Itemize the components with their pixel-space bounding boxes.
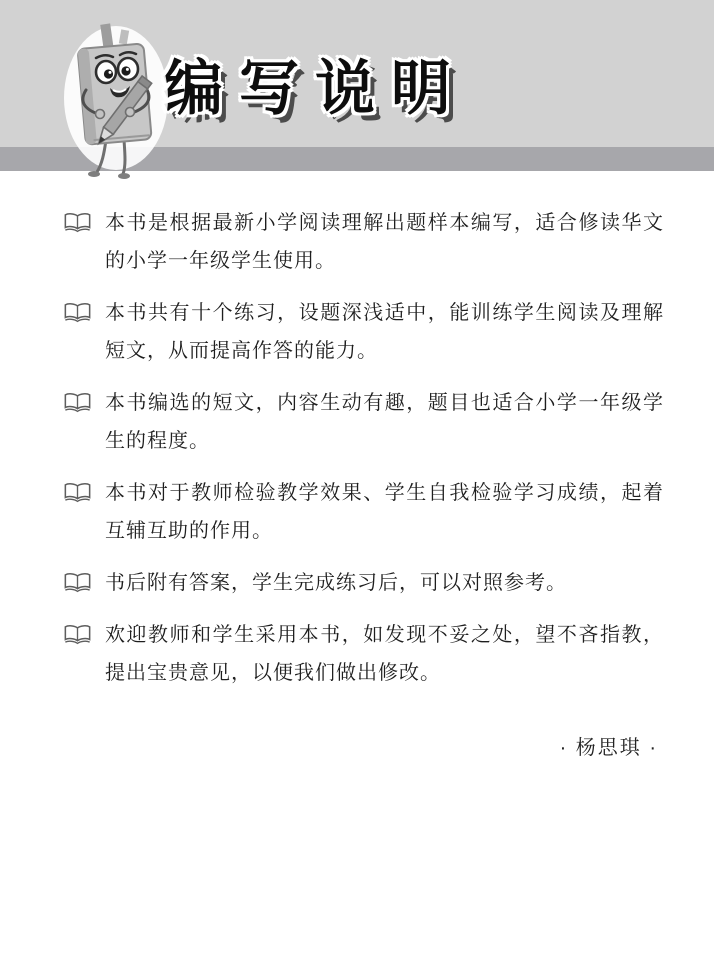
note-item: 书后附有答案，学生完成练习后，可以对照参考。 bbox=[64, 563, 664, 601]
note-item: 本书是根据最新小学阅读理解出题样本编写，适合修读华文的小学一年级学生使用。 bbox=[64, 203, 664, 279]
notes-section: 本书是根据最新小学阅读理解出题样本编写，适合修读华文的小学一年级学生使用。 本书… bbox=[0, 171, 714, 760]
note-item: 本书共有十个练习，设题深浅适中，能训练学生阅读及理解短文，从而提高作答的能力。 bbox=[64, 293, 664, 369]
book-mascot-icon bbox=[60, 18, 172, 180]
note-text: 欢迎教师和学生采用本书，如发现不妥之处，望不吝指教，提出宝贵意见，以便我们做出修… bbox=[105, 615, 664, 691]
page-title: 编写说明 bbox=[163, 56, 467, 122]
book-page: 编写说明 本书是根据最新小学阅读理解出题样本编写，适合修读华文的小学一年级学生使… bbox=[0, 0, 714, 968]
note-text: 书后附有答案，学生完成练习后，可以对照参考。 bbox=[105, 563, 664, 601]
open-book-icon bbox=[64, 302, 91, 327]
note-text: 本书共有十个练习，设题深浅适中，能训练学生阅读及理解短文，从而提高作答的能力。 bbox=[105, 293, 664, 369]
open-book-icon bbox=[64, 482, 91, 507]
note-text: 本书编选的短文，内容生动有趣，题目也适合小学一年级学生的程度。 bbox=[105, 383, 664, 459]
note-text: 本书是根据最新小学阅读理解出题样本编写，适合修读华文的小学一年级学生使用。 bbox=[105, 203, 664, 279]
note-item: 本书对于教师检验教学效果、学生自我检验学习成绩，起着互辅互助的作用。 bbox=[64, 473, 664, 549]
note-item: 本书编选的短文，内容生动有趣，题目也适合小学一年级学生的程度。 bbox=[64, 383, 664, 459]
header-banner: 编写说明 bbox=[0, 0, 714, 171]
open-book-icon bbox=[64, 572, 91, 597]
notes-list: 本书是根据最新小学阅读理解出题样本编写，适合修读华文的小学一年级学生使用。 本书… bbox=[64, 203, 664, 691]
author-signature: · 杨思琪 · bbox=[64, 731, 664, 760]
open-book-icon bbox=[64, 392, 91, 417]
open-book-icon bbox=[64, 212, 91, 237]
note-text: 本书对于教师检验教学效果、学生自我检验学习成绩，起着互辅互助的作用。 bbox=[105, 473, 664, 549]
note-item: 欢迎教师和学生采用本书，如发现不妥之处，望不吝指教，提出宝贵意见，以便我们做出修… bbox=[64, 615, 664, 691]
open-book-icon bbox=[64, 624, 91, 649]
